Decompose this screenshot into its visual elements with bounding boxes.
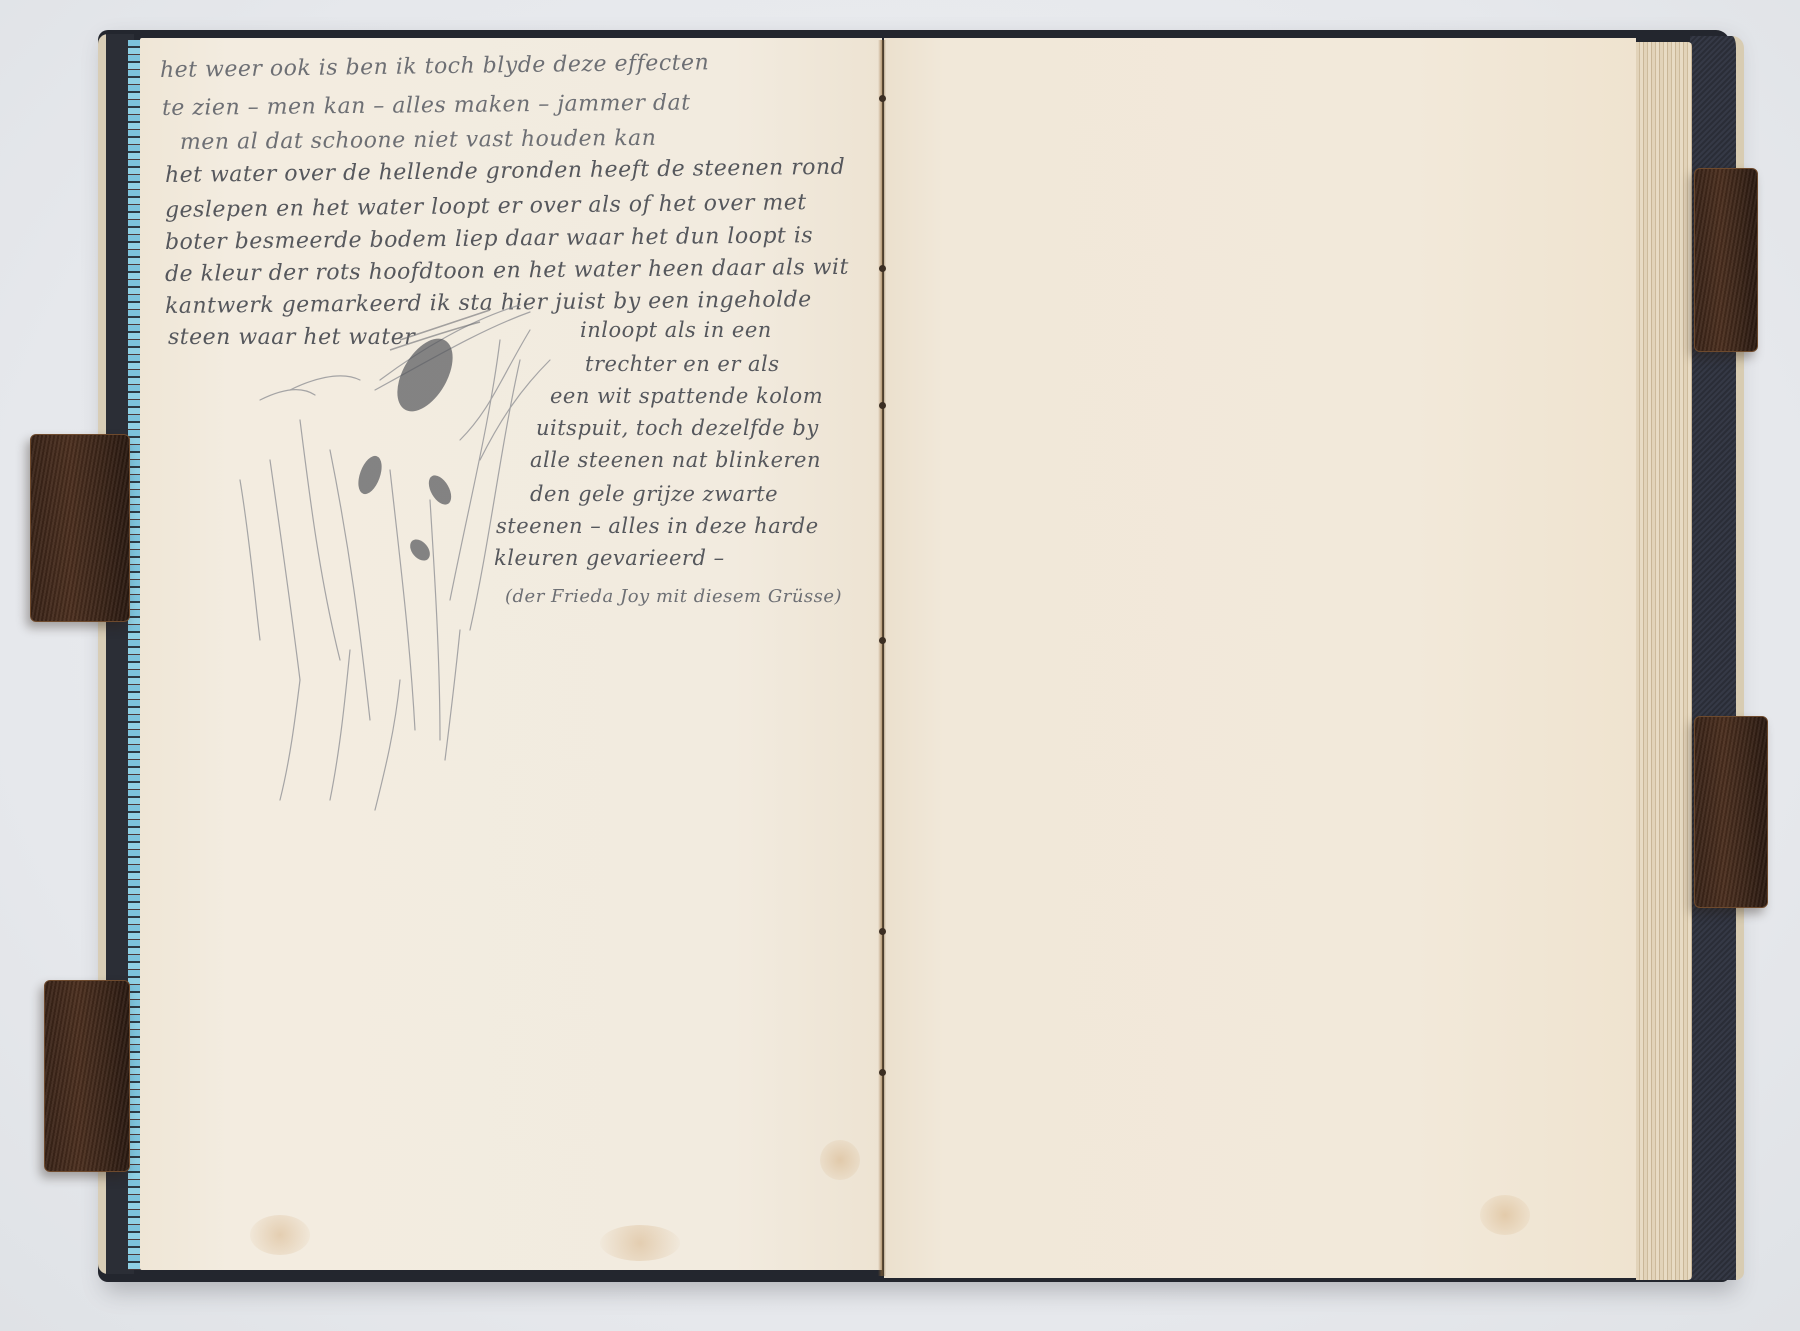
- text-line: een wit spattende kolom: [550, 384, 823, 408]
- right-page: [884, 38, 1636, 1278]
- foxing-stain: [250, 1215, 310, 1255]
- leather-clasp-left-top: [30, 434, 130, 622]
- foxing-stain: [820, 1140, 860, 1180]
- text-line: trechter en er als: [585, 352, 780, 376]
- leather-clasp-right-top: [1694, 168, 1758, 352]
- binding-stitch: [879, 928, 886, 935]
- binding-stitch: [879, 265, 886, 272]
- foxing-stain: [1480, 1195, 1530, 1235]
- page-stack-edge: [1636, 42, 1692, 1280]
- foxing-stain: [600, 1225, 680, 1261]
- text-line: men al dat schoone niet vast houden kan: [180, 126, 657, 155]
- leather-clasp-right-bottom: [1694, 716, 1768, 908]
- waterfall-sketch: [200, 300, 580, 830]
- binding-stitch: [879, 637, 886, 644]
- binding-stitch: [879, 95, 886, 102]
- text-line: inloopt als in een: [580, 318, 772, 342]
- spine-gutter: [878, 40, 886, 1276]
- binding-stitch: [879, 402, 886, 409]
- binding-stitch: [879, 1069, 886, 1076]
- leather-clasp-left-bottom: [44, 980, 130, 1172]
